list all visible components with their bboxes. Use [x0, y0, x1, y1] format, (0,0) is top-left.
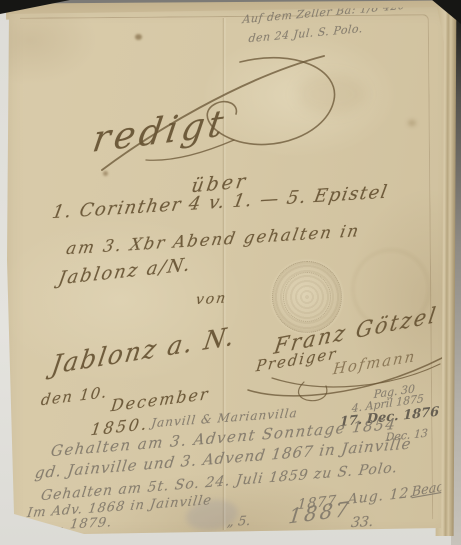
foxing-spot [408, 120, 416, 126]
von-text: von [195, 291, 229, 307]
history-line-5-number: „ 5. [226, 515, 251, 529]
ink-stain [135, 34, 142, 40]
history-line-5-count: 33. [350, 515, 374, 530]
history-line-4-word: Beac [412, 480, 444, 499]
history-line-5-year-1887: 1887 [287, 498, 352, 526]
history-line-5-year-1879: „ 1879. [56, 516, 113, 532]
manuscript-page: Auf dem Zeller Ba: 1/8 420 den 24 Jul. S… [0, 0, 461, 545]
embossed-seal-inner-ring [283, 272, 331, 322]
scanned-manuscript-photo: { "document": { "kind": "handwritten ser… [0, 0, 461, 545]
